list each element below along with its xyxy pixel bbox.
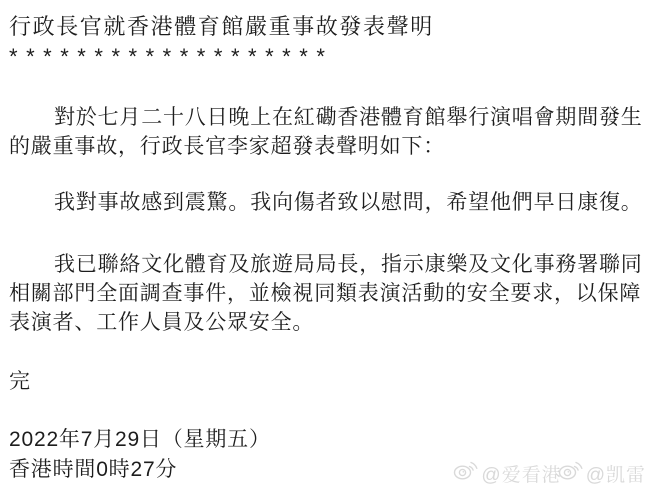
paragraph-line: 我對事故感到震驚。我向傷者致以慰問，希望他們早日康復。 bbox=[9, 188, 644, 217]
asterisk-separator: * * * * * * * * * * * * * * * * * * * bbox=[9, 45, 644, 69]
watermark-item: @凯雷 bbox=[558, 459, 646, 487]
paragraph-line: 的嚴重事故，行政長官李家超發表聲明如下： bbox=[9, 132, 644, 161]
paragraph-line: 對於七月二十八日晚上在紅磡香港體育館舉行演唱會期間發生 bbox=[9, 103, 644, 132]
weibo-watermark: @爱看港 @凯雷 bbox=[453, 459, 646, 487]
paragraph-line: 相關部門全面調查事件，並檢視同類表演活動的安全要求，以保障 bbox=[9, 279, 644, 308]
statement-title: 行政長官就香港體育館嚴重事故發表聲明 bbox=[9, 14, 644, 40]
paragraph-condolence: 我對事故感到震驚。我向傷者致以慰問，希望他們早日康復。 bbox=[9, 188, 644, 217]
date-line: 2022年7月29日（星期五） bbox=[9, 425, 644, 455]
watermark-handle: @凯雷 bbox=[586, 460, 646, 487]
watermark-item: @爱看港 bbox=[453, 459, 561, 487]
end-mark: 完 bbox=[9, 367, 644, 396]
weibo-logo-icon bbox=[453, 459, 479, 487]
paragraph-intro: 對於七月二十八日晚上在紅磡香港體育館舉行演唱會期間發生 的嚴重事故，行政長官李家… bbox=[9, 103, 644, 161]
weibo-logo-icon bbox=[558, 459, 584, 487]
watermark-handle: @爱看港 bbox=[481, 460, 561, 487]
paragraph-line: 表演者、工作人員及公眾安全。 bbox=[9, 308, 644, 337]
paragraph-actions: 我已聯絡文化體育及旅遊局局長，指示康樂及文化事務署聯同 相關部門全面調查事件，並… bbox=[9, 250, 644, 337]
paragraph-line: 我已聯絡文化體育及旅遊局局長，指示康樂及文化事務署聯同 bbox=[9, 250, 644, 279]
press-statement: 行政長官就香港體育館嚴重事故發表聲明 * * * * * * * * * * *… bbox=[9, 14, 644, 485]
